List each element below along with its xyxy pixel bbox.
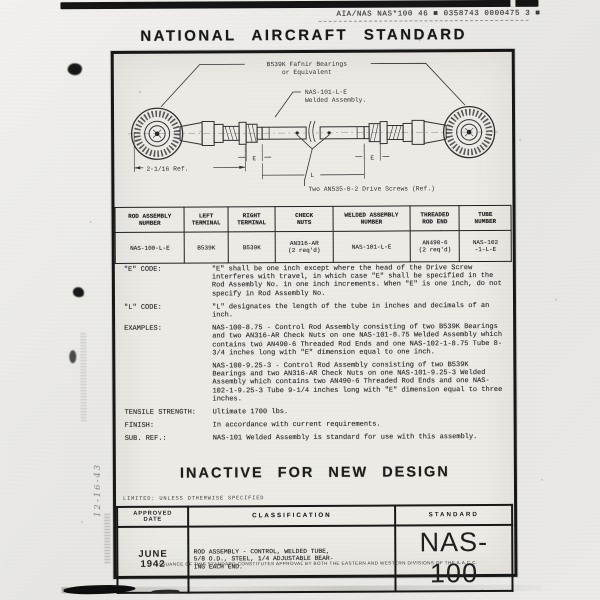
note-text: In accordance with current requirements.: [213, 420, 507, 430]
note-text: "E" shall be one inch except where the h…: [212, 264, 506, 298]
dim-l: L: [310, 172, 314, 179]
col-threaded-rod-end: THREADED ROD END: [410, 206, 460, 231]
note-label: [124, 362, 212, 403]
microfilm-underline: [319, 20, 529, 22]
microfilm-black-bar: [60, 0, 538, 9]
ink-blot: [69, 350, 76, 363]
ink-blot: [73, 287, 84, 297]
classification-value: ROD ASSEMBLY - CONTROL, WELDED TUBE, 5/8…: [188, 526, 395, 593]
scan-speckles: [139, 91, 141, 93]
approved-date-value: JUNE 1942: [117, 527, 189, 593]
note-text: "L" designates the length of the tube in…: [212, 302, 506, 320]
note-label: SUB. REF.:: [125, 435, 213, 444]
standard-number: NAS-100: [395, 525, 512, 592]
standard-label: STANDARD: [395, 505, 512, 526]
illegible-margin-stamp: [104, 513, 110, 563]
note-label: EXAMPLES:: [124, 325, 212, 358]
scanned-page: AIA/NAS NAS*100 46 ■ 0358743 0000475 3 ■…: [0, 0, 600, 600]
col-right-terminal: RIGHT TERMINAL: [228, 207, 276, 232]
page-title: NATIONAL AIRCRAFT STANDARD: [59, 26, 549, 46]
welded-assembly-callout-line2: Welded Assembly.: [305, 97, 366, 104]
note-example-1: EXAMPLES: NAS-100-8.75 - Control Rod Ass…: [124, 323, 506, 358]
note-text: NAS-100-9.25-3 - Control Rod Assembly co…: [212, 361, 506, 404]
val-left-terminal: B539K: [184, 232, 228, 263]
title-block: APPROVED DATE CLASSIFICATION STANDARD JU…: [116, 504, 513, 594]
title-block-header-row: APPROVED DATE CLASSIFICATION STANDARD: [117, 505, 512, 527]
margin-handwritten-date: 12-16-43: [93, 397, 104, 517]
illegible-margin-writing: [80, 331, 86, 421]
val-check-nuts: AN316-AR (2 req'd): [276, 231, 334, 262]
notes-section: "E" CODE: "E" shall be one inch except w…: [124, 264, 507, 449]
note-text: NAS-100-8.75 - Control Rod Assembly cons…: [212, 323, 506, 357]
note-sub-ref: SUB. REF.: NAS-101 Welded Assembly is st…: [125, 433, 507, 443]
note-finish: FINISH: In accordance with current requi…: [125, 420, 507, 430]
drawing-sheet-frame: B539K Fafnir Bearings or Equivalent NAS-…: [111, 49, 518, 579]
note-tensile-strength: TENSILE STRENGTH: Ultimate 1700 lbs.: [125, 407, 507, 417]
dim-e-left: E: [252, 155, 256, 162]
val-welded-assembly-number: NAS-101-L-E: [333, 231, 410, 262]
microfilm-code-line: AIA/NAS NAS*100 46 ■ 0358743 0000475 3 ■: [336, 10, 540, 19]
note-label: "E" CODE:: [124, 265, 212, 298]
rod-assembly-drawing: B539K Fafnir Bearings or Equivalent NAS-…: [114, 54, 513, 206]
note-label: "L" CODE:: [124, 303, 212, 320]
parts-table-data-row: NAS-100-L-E B539K B539K AN316-AR (2 req'…: [115, 230, 511, 263]
col-welded-assembly-number: WELDED ASSEMBLY NUMBER: [333, 206, 410, 231]
col-check-nuts: CHECK NUTS: [275, 206, 333, 231]
note-text: Ultimate 1700 lbs.: [213, 407, 507, 417]
note-e-code: "E" CODE: "E" shall be one inch except w…: [124, 264, 506, 299]
note-example-2: NAS-100-9.25-3 - Control Rod Assembly co…: [124, 361, 506, 404]
title-block-data-row: JUNE 1942 ROD ASSEMBLY - CONTROL, WELDED…: [117, 525, 512, 593]
dim-e-right: E: [370, 155, 374, 162]
classification-label: CLASSIFICATION: [188, 506, 395, 527]
col-left-terminal: LEFT TERMINAL: [184, 207, 228, 232]
bearing-callout-line2: or Equivalent: [282, 69, 332, 76]
rod-assembly-figure: B539K Fafnir Bearings or Equivalent NAS-…: [114, 54, 513, 206]
inactive-for-new-design-notice: INACTIVE FOR NEW DESIGN: [116, 464, 514, 482]
parts-table: ROD ASSEMBLY NUMBER LEFT TERMINAL RIGHT …: [115, 205, 512, 264]
val-threaded-rod-end: AN490-6 (2 req'd): [410, 231, 460, 262]
dim-2-1-16-ref: 2-1/16 Ref.: [146, 166, 188, 173]
drive-screws-callout: Two AN535-0-2 Drive Screws (Ref.): [308, 185, 435, 193]
note-l-code: "L" CODE: "L" designates the length of t…: [124, 302, 506, 320]
val-rod-assembly-number: NAS-100-L-E: [115, 232, 184, 263]
val-tube-number: NAS-102 -1-L-E: [460, 230, 512, 261]
col-rod-assembly-number: ROD ASSEMBLY NUMBER: [115, 207, 184, 232]
note-label: FINISH:: [125, 422, 213, 431]
ink-blot: [66, 62, 83, 77]
microfilm-bar-notch: [510, 0, 515, 7]
val-right-terminal: B539K: [228, 232, 276, 263]
col-tube-number: TUBE NUMBER: [459, 205, 511, 230]
note-text: NAS-101 Welded Assembly is standard for …: [213, 433, 507, 443]
welded-assembly-callout-line1: NAS-101-L-E: [305, 89, 347, 96]
parts-table-header-row: ROD ASSEMBLY NUMBER LEFT TERMINAL RIGHT …: [115, 205, 511, 232]
approved-date-label: APPROVED DATE: [117, 507, 188, 527]
limited-note: LIMITED: UNLESS OTHERWISE SPECIFIED: [123, 495, 264, 502]
note-label: TENSILE STRENGTH:: [125, 409, 213, 418]
bearing-callout-line1: B539K Fafnir Bearings: [266, 61, 347, 68]
